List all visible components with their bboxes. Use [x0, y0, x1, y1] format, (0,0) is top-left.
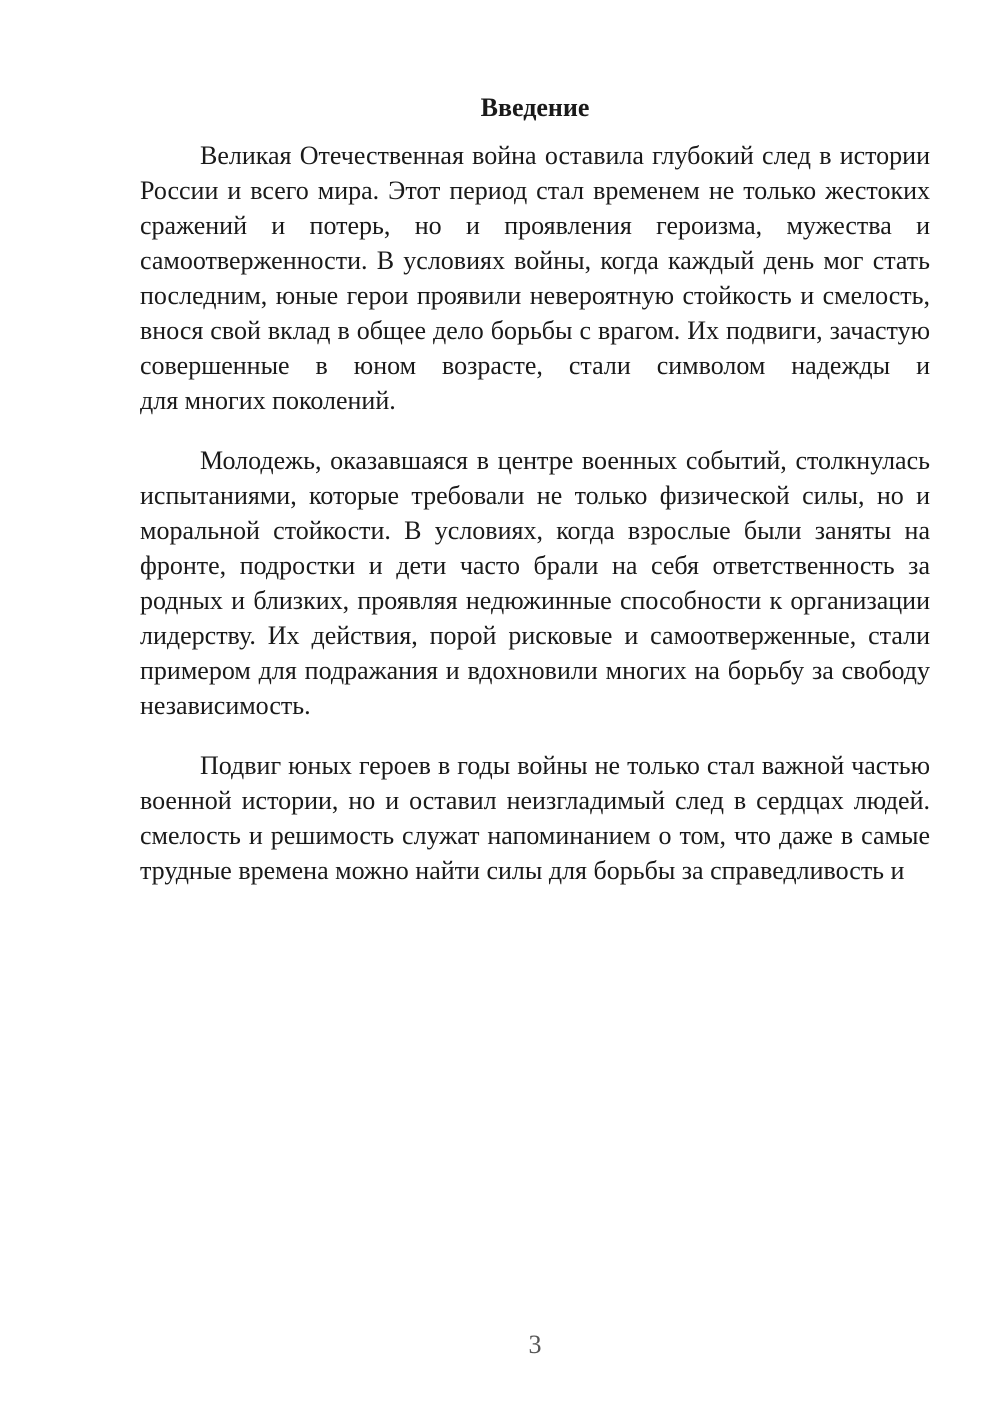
paragraphs-container: Великая Отечественная война оставила глу…	[140, 138, 930, 888]
text-line: родных и близких, проявляя недюжинные сп…	[140, 583, 930, 618]
paragraph: Подвиг юных героев в годы войны не тольк…	[140, 748, 930, 888]
text-line: военной истории, но и оставил неизгладим…	[140, 783, 930, 818]
text-line: испытаниями, которые требовали не только…	[140, 478, 930, 513]
text-line: Великая Отечественная война оставила глу…	[140, 138, 930, 173]
text-line: независимость.	[140, 688, 930, 723]
document-page: Введение Великая Отечественная война ост…	[0, 0, 1000, 1414]
text-line: фронте, подростки и дети часто брали на …	[140, 548, 930, 583]
page-title: Введение	[140, 90, 930, 125]
text-line: совершенные в юном возрасте, стали симво…	[140, 348, 930, 383]
text-line: Молодежь, оказавшаяся в центре военных с…	[140, 443, 930, 478]
text-line: самоотверженности. В условиях войны, ког…	[140, 243, 930, 278]
text-line: России и всего мира. Этот период стал вр…	[140, 173, 930, 208]
document-content: Введение Великая Отечественная война ост…	[140, 90, 930, 913]
text-line: сражений и потерь, но и проявления герои…	[140, 208, 930, 243]
text-line: примером для подражания и вдохновили мно…	[140, 653, 930, 688]
text-line: последним, юные герои проявили невероятн…	[140, 278, 930, 313]
text-line: моральной стойкости. В условиях, когда в…	[140, 513, 930, 548]
page-number: 3	[140, 1327, 930, 1362]
text-line: смелость и решимость служат напоминанием…	[140, 818, 930, 853]
paragraph: Великая Отечественная война оставила глу…	[140, 138, 930, 418]
text-line: трудные времена можно найти силы для бор…	[140, 853, 930, 888]
text-line: внося свой вклад в общее дело борьбы с в…	[140, 313, 930, 348]
paragraph: Молодежь, оказавшаяся в центре военных с…	[140, 443, 930, 723]
text-line: для многих поколений.	[140, 383, 930, 418]
text-line: лидерству. Их действия, порой рисковые и…	[140, 618, 930, 653]
text-line: Подвиг юных героев в годы войны не тольк…	[140, 748, 930, 783]
